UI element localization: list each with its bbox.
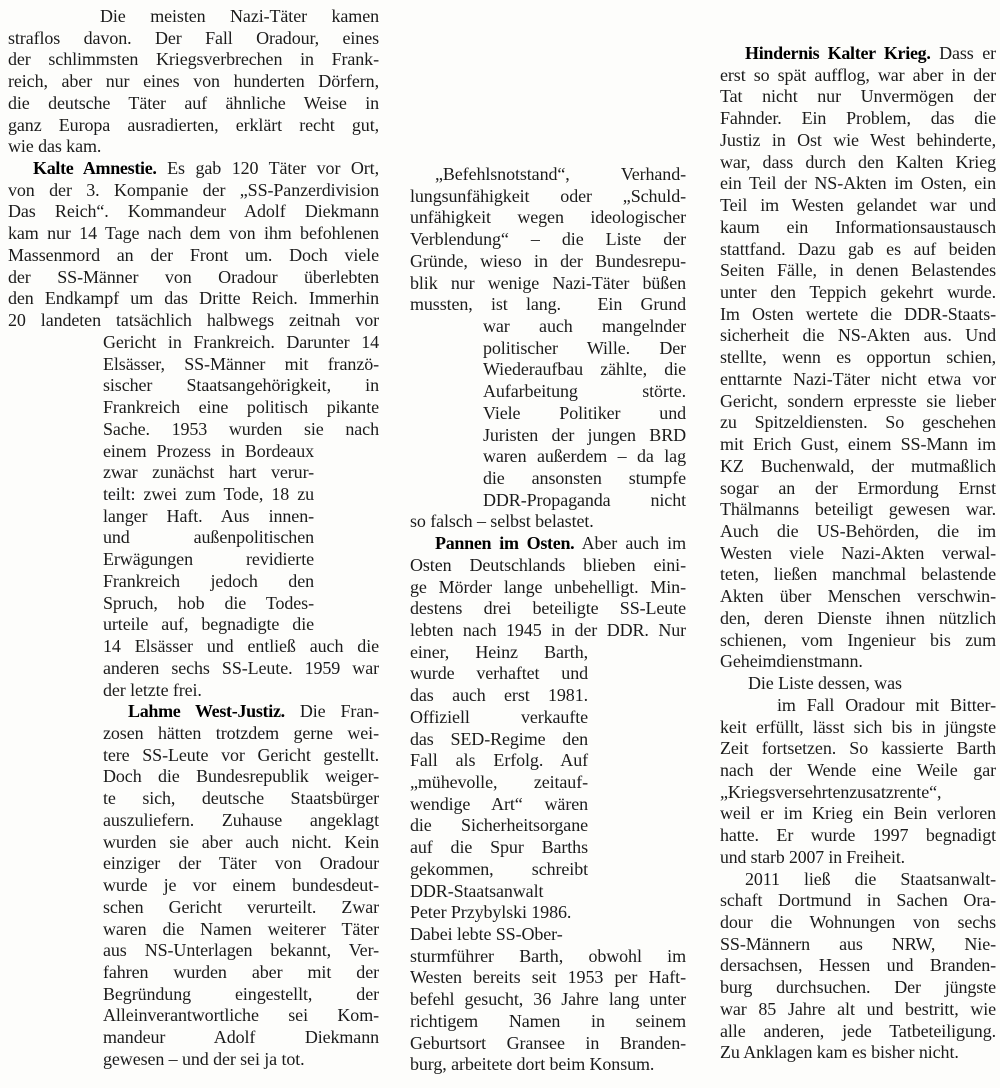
text-line: im Fall Oradour mit Bitter-	[777, 694, 996, 716]
text-line: Die Liste dessen, was	[748, 672, 929, 694]
text-line: hatte. Er wurde 1997 begnadigt	[720, 824, 996, 846]
text-line: Geheimdienstmann.	[720, 650, 882, 672]
text-line: nach der Wende eine Weile gar	[720, 759, 996, 781]
text-line: dersachsen, Hessen und Branden-	[720, 954, 996, 976]
text-line: und starb 2007 in Freiheit.	[720, 846, 905, 868]
text-line: enttarnte Nazi-Täter nicht etwa vor	[720, 368, 996, 390]
text-line: teten, ließen manchmal belastende	[720, 563, 996, 585]
text-line: keit erfüllt, lässt sich bis in jüngste	[720, 716, 996, 738]
text-line: Teil im Westen gelandet war und	[720, 194, 996, 216]
text-line: dour die Wohnungen von sechs	[720, 911, 996, 933]
article-column-right: Hindernis Kalter Krieg. Dass ererst so s…	[0, 0, 1000, 1088]
text-line: Zeit fortsetzen. So kassierte Barth	[720, 737, 996, 759]
text-line: den, deren Dienste ihnen nützlich	[720, 607, 996, 629]
text-line: „Kriegsversehrtenzusatzrente“,	[720, 781, 996, 803]
text-line: sogar an der Ermordung Ernst	[720, 477, 996, 499]
text-line: Zu Anklagen kam es bisher nicht.	[720, 1041, 996, 1063]
text-line: Fahnder. Ein Problem, das die	[720, 107, 996, 129]
newspaper-article: Die meisten Nazi-Täter kamenstraflos dav…	[0, 0, 1000, 1088]
text-line: zu Spitzeldiensten. So geschehen	[720, 411, 996, 433]
subhead-label: Hindernis Kalter Krieg.	[745, 43, 931, 63]
text-line: Tat nicht nur Unvermögen der	[720, 85, 996, 107]
text-line: Westen viele Nazi-Akten verwal-	[720, 542, 996, 564]
text-line: stattfand. Dazu gab es auf beiden	[720, 238, 996, 260]
text-line: sicherheit die NS-Akten aus. Und	[720, 324, 996, 346]
text-line: Justiz in Ost wie West behinderte,	[720, 129, 996, 151]
text-line: KZ Buchenwald, der mutmaßlich	[720, 455, 996, 477]
text-line: Seiten Fälle, in denen Belastendes	[720, 259, 996, 281]
text-line: unter den Teppich gekehrt wurde.	[720, 281, 996, 303]
text-line: mit Erich Gust, einem SS-Mann im	[720, 433, 996, 455]
subhead-line: Hindernis Kalter Krieg. Dass er	[745, 42, 996, 64]
text-line: war, dass durch den Kalten Krieg	[720, 151, 996, 173]
text-line: burg durchsuchen. Der jüngste	[720, 976, 996, 998]
text-line: erst so spät aufflog, war aber in der	[720, 64, 996, 86]
text-line: stellte, wenn es opportun schien,	[720, 346, 996, 368]
text-line: kaum ein Informationsaustausch	[720, 216, 996, 238]
text-line: schaft Dortmund in Sachen Ora-	[720, 889, 996, 911]
page: { "page": { "kind": "scanned newspaper a…	[0, 0, 1000, 1088]
text-line: schienen, vom Ingenieur bis zum	[720, 629, 996, 651]
text-line: ein Teil der NS-Akten im Osten, ein	[720, 172, 996, 194]
text-line: Thälmanns beteiligt gewesen war.	[720, 498, 996, 520]
text-line: weil er im Krieg ein Bein verloren	[720, 802, 996, 824]
text-line: 2011 ließ die Staatsanwalt-	[745, 868, 996, 890]
text-line: war 85 Jahre alt und bestritt, wie	[720, 998, 996, 1020]
text-line: Im Osten wertete die DDR-Staats-	[720, 303, 996, 325]
text-line: Akten über Menschen verschwin-	[720, 585, 996, 607]
text-line: Auch die US-Behörden, die im	[720, 520, 996, 542]
text-line: Gericht, sondern erpresste sie lieber	[720, 390, 996, 412]
text-line: SS-Männern aus NRW, Nie-	[720, 933, 996, 955]
text-line: alle anderen, jede Tatbeteiligung.	[720, 1020, 996, 1042]
